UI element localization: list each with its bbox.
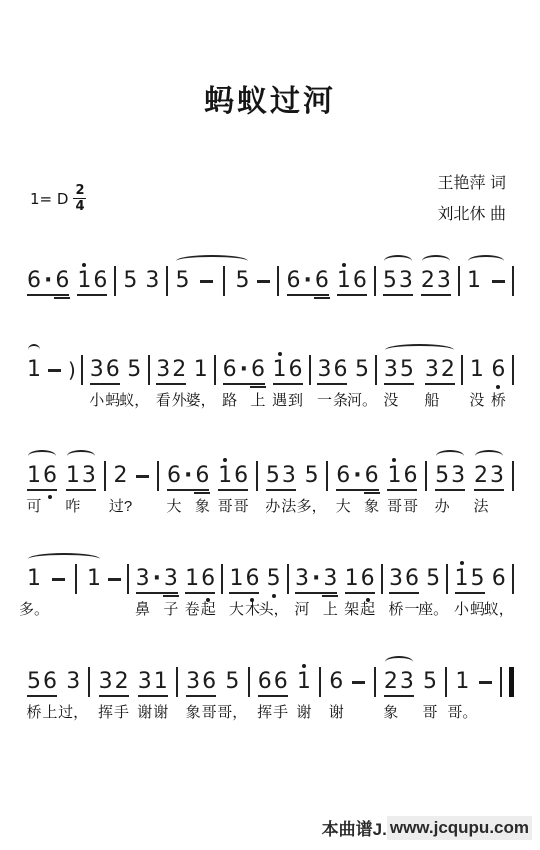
octave-dot-above	[392, 458, 396, 462]
eighth-beam	[185, 592, 215, 594]
lyric: 办	[435, 494, 450, 520]
beam-group: 1遇6到	[272, 357, 304, 383]
eighth-beam	[27, 489, 57, 491]
note-digit: 1哥	[386, 463, 402, 489]
note-digit: 6	[92, 268, 108, 294]
song-title: 蚂蚁过河	[0, 76, 540, 120]
augmentation-dot: ·	[310, 566, 322, 592]
lyric: 象	[364, 494, 379, 520]
octave-dot-above	[278, 352, 282, 356]
note-digit: 1大	[228, 566, 244, 592]
note-digit: 3	[399, 669, 415, 695]
slur-arc	[436, 450, 464, 462]
lyric: 大	[336, 494, 351, 520]
note-digit: 5多，	[304, 463, 320, 489]
augmentation-dot: ·	[42, 268, 54, 294]
note-digit: 5	[382, 268, 398, 294]
barline	[81, 355, 83, 385]
lyric: 架	[344, 597, 359, 623]
lyric: 哥。	[447, 700, 477, 726]
note-digit: 5河。	[354, 357, 370, 383]
key-label: 1= D	[30, 190, 68, 208]
beam-group: 3没5	[383, 357, 415, 383]
beam-group: 1大6木	[228, 566, 260, 592]
lyric: 哥	[202, 700, 217, 726]
barline	[374, 266, 376, 296]
barline	[512, 564, 514, 594]
note-digit: 1卷	[184, 566, 200, 592]
note-digit: 1	[336, 268, 352, 294]
slur-arc	[176, 255, 248, 267]
duration-dash	[135, 463, 150, 489]
lyric: 没	[383, 388, 398, 414]
lyric: 谢	[296, 700, 311, 726]
eighth-beam	[258, 695, 288, 697]
note-digit: 6上	[42, 669, 58, 695]
slur-arc	[28, 553, 100, 565]
note-digit: 5办	[265, 463, 281, 489]
eighth-beam	[156, 383, 186, 385]
barline	[176, 667, 178, 697]
score-line-1: 6·61653556·61653231	[26, 268, 514, 296]
beam-group: 23	[420, 268, 452, 294]
lyric: 小	[454, 597, 469, 623]
note-digit: 5	[399, 357, 415, 383]
barline	[512, 266, 514, 296]
beam-group: 3一6条	[316, 357, 348, 383]
note-digit: 1遇	[272, 357, 288, 383]
lyric: 多，	[297, 494, 327, 520]
lyric: 到	[288, 388, 303, 414]
tie-span: 3没53船2	[383, 357, 456, 383]
slur-arc	[385, 344, 454, 356]
note-digit: 1	[76, 268, 92, 294]
lyric: 哥，	[217, 700, 247, 726]
note-digit: 6挥	[257, 669, 273, 695]
note-digit: 2外	[171, 357, 187, 383]
lyric: 小	[89, 388, 104, 414]
lyric: 外	[172, 388, 187, 414]
lyric: 河。	[347, 388, 377, 414]
note-digit: 5蚂	[470, 566, 486, 592]
lyric: 咋	[65, 494, 80, 520]
note-digit: 5	[174, 268, 190, 294]
lyric: 没	[469, 388, 484, 414]
eighth-beam	[383, 294, 413, 296]
note-digit: 6蚂	[105, 357, 121, 383]
barline	[425, 461, 427, 491]
octave-dot-above	[82, 263, 86, 267]
lyric: 挥	[98, 700, 113, 726]
barline	[309, 355, 311, 385]
watermark-url: www.jcqupu.com	[387, 816, 532, 840]
lyric: 蚁，	[119, 388, 149, 414]
note-digit: 1可	[26, 463, 42, 489]
note-digit: 3船	[424, 357, 440, 383]
barline	[88, 667, 90, 697]
eighth-beam	[384, 695, 414, 697]
note-digit: 3鼻	[135, 566, 151, 592]
note-digit: 1	[86, 566, 102, 592]
note-digit: 2手	[114, 669, 130, 695]
beam-group: 3挥2手	[98, 669, 130, 695]
note-digit: 6蚁，	[491, 566, 507, 592]
barline	[446, 564, 448, 594]
beam-group: 2象3	[383, 669, 415, 695]
eighth-beam	[273, 383, 303, 385]
note-digit: 1架	[344, 566, 360, 592]
beam-group: 6挥6手	[257, 669, 289, 695]
lyric: 座。	[418, 597, 448, 623]
beam-group: 2法3	[473, 463, 505, 489]
note-digit: 6到	[288, 357, 304, 383]
barline	[221, 564, 223, 594]
beam-group: 16	[76, 268, 108, 294]
beam-group: 1架6起	[344, 566, 376, 592]
eighth-beam	[287, 294, 329, 296]
eighth-beam	[223, 383, 265, 385]
eighth-beam	[186, 695, 216, 697]
note-digit: 6	[42, 463, 58, 489]
slur-arc	[67, 450, 95, 462]
lyric: 大	[166, 494, 181, 520]
duration-dash	[199, 268, 214, 294]
note-digit: 2法	[473, 463, 489, 489]
sixteenth-beam	[54, 297, 70, 299]
lyric: 卷	[185, 597, 200, 623]
lyric: 河	[295, 597, 310, 623]
duration-dash	[478, 669, 493, 695]
eighth-beam	[27, 294, 69, 296]
duration-dash	[491, 268, 506, 294]
note-digit: 2	[420, 268, 436, 294]
note-digit: 6一	[404, 566, 420, 592]
note-digit: 1没	[469, 357, 485, 383]
note-digit: 3一	[316, 357, 332, 383]
note-digit: 3	[489, 463, 505, 489]
note-digit: 3小	[89, 357, 105, 383]
eighth-beam	[317, 383, 347, 385]
eighth-beam	[229, 592, 259, 594]
augmentation-dot: ·	[182, 463, 194, 489]
beam-group: 16	[336, 268, 368, 294]
note-digit: 5座。	[425, 566, 441, 592]
note-digit: 3	[398, 268, 414, 294]
beam-group: 5办3法	[265, 463, 297, 489]
note-digit: 3没	[383, 357, 399, 383]
beam-group: 3桥6一	[388, 566, 420, 592]
lyric: 大	[229, 597, 244, 623]
slur-arc	[28, 344, 40, 356]
eighth-beam	[435, 489, 465, 491]
octave-dot-above	[302, 664, 306, 668]
barline	[319, 667, 321, 697]
note-digit: 3看	[155, 357, 171, 383]
note-digit: 1哥	[217, 463, 233, 489]
note-digit: 5头，	[266, 566, 282, 592]
composer-credit: 刘北休 曲	[438, 199, 506, 230]
lyric: 头，	[259, 597, 289, 623]
note-digit: 5哥，	[224, 669, 240, 695]
lyric: 鼻	[135, 597, 150, 623]
lyric: 蚁，	[484, 597, 514, 623]
note-digit: 6	[26, 268, 42, 294]
note-digit: 1咋	[65, 463, 81, 489]
tie-span: 1	[466, 268, 506, 294]
score-line-4: 1多。13鼻·3子1卷6起1大6木5头，3河·3上1架6起3桥6一5座。1小5蚂…	[26, 566, 514, 594]
note-digit: 5办	[434, 463, 450, 489]
note-digit: 3	[450, 463, 466, 489]
lyric: 路	[222, 388, 237, 414]
barline	[248, 667, 250, 697]
lyric: 桥	[388, 597, 403, 623]
sixteenth-beam	[314, 297, 330, 299]
barline	[256, 461, 258, 491]
beam-group: 5桥6上	[26, 669, 58, 695]
note-digit: 5	[234, 268, 250, 294]
lyric: 遇	[272, 388, 287, 414]
barline	[277, 266, 279, 296]
sheet-music-page: 蚂蚁过河 1= D 2 4 王艳萍 词 刘北休 曲 6·61653556·616…	[0, 0, 540, 850]
octave-dot-above	[460, 561, 464, 565]
beam-group: 1咋3	[65, 463, 97, 489]
score-line-2: 1)3小6蚂5蚁，3看2外1婆，6路·6上1遇6到3一6条5河。3没53船21没…	[26, 357, 514, 385]
beam-group: 1卷6起	[184, 566, 216, 592]
close-paren: )	[68, 357, 76, 383]
lyric: 看	[156, 388, 171, 414]
note-digit: 2	[440, 357, 456, 383]
lyric: 手	[114, 700, 129, 726]
barline	[326, 461, 328, 491]
beam-group: 6大·6象	[335, 463, 379, 489]
note-digit: 1谢	[153, 669, 169, 695]
note-digit: 6哥	[233, 463, 249, 489]
lyric: 挥	[257, 700, 272, 726]
eighth-beam	[167, 489, 209, 491]
beam-group: 3小6蚂	[89, 357, 121, 383]
note-digit: 3谢	[137, 669, 153, 695]
barline	[157, 461, 159, 491]
barline	[445, 667, 447, 697]
beam-group: 3船2	[424, 357, 456, 383]
note-digit: 1谢	[296, 669, 312, 695]
lyric: 起	[201, 597, 216, 623]
barline	[223, 266, 225, 296]
beam-group: 6路·6上	[222, 357, 266, 383]
lyric: 哥	[234, 494, 249, 520]
note-digit: 6大	[166, 463, 182, 489]
eighth-beam	[99, 695, 129, 697]
beam-group: 3象6哥	[185, 669, 217, 695]
eighth-beam	[387, 489, 417, 491]
note-digit: 6哥	[201, 669, 217, 695]
beam-group: 6·6	[286, 268, 330, 294]
lyric: 谢	[329, 700, 344, 726]
note-digit: 3	[81, 463, 97, 489]
octave-dot-below	[48, 495, 52, 499]
beam-group: 1可6	[26, 463, 58, 489]
lyric: 上	[323, 597, 338, 623]
lyric: 桥	[26, 700, 41, 726]
lyric: 起	[360, 597, 375, 623]
note-digit: 6大	[335, 463, 351, 489]
eighth-beam	[295, 592, 337, 594]
barline	[148, 355, 150, 385]
barline	[75, 564, 77, 594]
note-digit: 5哥	[422, 669, 438, 695]
score-line-5: 5桥6上3过，3挥2手3谢1谢3象6哥5哥，6挥6手1谢6谢2象35哥1哥。	[26, 669, 514, 697]
lyric: 象	[195, 494, 210, 520]
note-digit: 3过，	[65, 669, 81, 695]
note-digit: 6象	[194, 463, 210, 489]
note-digit: 2象	[383, 669, 399, 695]
note-digit: 1多。	[26, 566, 42, 592]
duration-dash	[351, 669, 366, 695]
eighth-beam	[455, 592, 485, 594]
note-digit: 6上	[250, 357, 266, 383]
lyric: 婆，	[186, 388, 216, 414]
barline	[114, 266, 116, 296]
note-digit: 6	[352, 268, 368, 294]
eighth-beam	[345, 592, 375, 594]
barline	[166, 266, 168, 296]
watermark-prefix: 本曲谱J.	[322, 813, 387, 842]
slur-arc	[384, 255, 412, 267]
octave-dot-above	[223, 458, 227, 462]
tie-span: 55	[174, 268, 250, 296]
duration-dash	[47, 357, 62, 383]
lyric: 上	[42, 700, 57, 726]
beam-group: 1哥6哥	[217, 463, 249, 489]
lyric: 子	[163, 597, 178, 623]
note-digit: 3挥	[98, 669, 114, 695]
eighth-beam	[218, 489, 248, 491]
note-digit: 1	[26, 357, 42, 383]
duration-dash	[51, 566, 66, 592]
duration-dash	[107, 566, 122, 592]
augmentation-dot: ·	[302, 268, 314, 294]
note-digit: 3桥	[388, 566, 404, 592]
barline	[512, 355, 514, 385]
beam-group: 5办3	[434, 463, 466, 489]
watermark: 本曲谱J. www.jcqupu.com	[322, 813, 532, 842]
barline	[287, 564, 289, 594]
barline	[461, 355, 463, 385]
score-line-3: 1可61咋32过?6大·6象1哥6哥5办3法5多，6大·6象1哥6哥5办32法3	[26, 463, 514, 491]
eighth-beam	[389, 592, 419, 594]
time-signature: 2 4	[73, 184, 86, 213]
note-digit: 1小	[454, 566, 470, 592]
meter-numerator: 2	[73, 184, 86, 199]
eighth-beam	[77, 294, 107, 296]
note-digit: 3上	[322, 566, 338, 592]
note-digit: 6	[286, 268, 302, 294]
duration-dash	[256, 268, 271, 294]
note-digit: 1	[466, 268, 482, 294]
note-digit: 6手	[273, 669, 289, 695]
beam-group: 1哥6哥	[386, 463, 418, 489]
note-digit: 3	[436, 268, 452, 294]
lyric: 手	[273, 700, 288, 726]
lyric: 哥	[387, 494, 402, 520]
note-digit: 6路	[222, 357, 238, 383]
note-digit: 5桥	[26, 669, 42, 695]
barline	[381, 564, 383, 594]
note-digit: 6象	[364, 463, 380, 489]
note-digit: 6谢	[328, 669, 344, 695]
lyric: 多。	[19, 597, 49, 623]
eighth-beam	[425, 383, 455, 385]
note-digit: 3子	[163, 566, 179, 592]
slur-arc	[28, 450, 56, 462]
slur-arc	[475, 450, 503, 462]
note-digit: 6条	[332, 357, 348, 383]
eighth-beam	[421, 294, 451, 296]
note-digit: 6哥	[402, 463, 418, 489]
beam-group: 3河·3上	[294, 566, 338, 592]
lyric: 一	[317, 388, 332, 414]
eighth-beam	[266, 489, 296, 491]
note-digit: 5蚁，	[126, 357, 142, 383]
lyric: 条	[333, 388, 348, 414]
note-digit: 6桥	[490, 357, 506, 383]
augmentation-dot: ·	[351, 463, 363, 489]
eighth-beam	[27, 695, 57, 697]
eighth-beam	[136, 592, 178, 594]
lyric: 哥	[403, 494, 418, 520]
eighth-beam	[384, 383, 414, 385]
barline	[214, 355, 216, 385]
lyric: 过?	[109, 494, 132, 520]
beam-group: 6大·6象	[166, 463, 210, 489]
eighth-beam	[336, 489, 378, 491]
lyric: 法	[281, 494, 296, 520]
beam-group: 6·6	[26, 268, 70, 294]
barline	[375, 355, 377, 385]
lyric: 可	[26, 494, 41, 520]
octave-dot-above	[342, 263, 346, 267]
note-digit: 3法	[281, 463, 297, 489]
lyric: 哥	[422, 700, 437, 726]
meter-denominator: 4	[75, 199, 84, 213]
lyric: 谢	[153, 700, 168, 726]
eighth-beam	[474, 489, 504, 491]
augmentation-dot: ·	[151, 566, 163, 592]
note-digit: 6	[314, 268, 330, 294]
lyric: 桥	[491, 388, 506, 414]
lyricist-credit: 王艳萍 词	[438, 168, 506, 199]
barline	[104, 461, 106, 491]
barline	[458, 266, 460, 296]
note-digit: 6起	[360, 566, 376, 592]
beam-group: 53	[382, 268, 414, 294]
barline	[512, 461, 514, 491]
beam-group: 3谢1谢	[137, 669, 169, 695]
slur-arc	[422, 255, 450, 267]
slur-arc	[385, 656, 413, 668]
note-digit: 3	[144, 268, 160, 294]
augmentation-dot: ·	[238, 357, 250, 383]
beam-group: 3鼻·3子	[135, 566, 179, 592]
barline	[127, 564, 129, 594]
key-signature: 1= D 2 4	[30, 184, 86, 213]
note-digit: 3河	[294, 566, 310, 592]
beam-group: 3看2外	[155, 357, 187, 383]
note-digit: 2过?	[112, 463, 128, 489]
note-digit: 6	[54, 268, 70, 294]
barline	[374, 667, 376, 697]
lyric: 过，	[58, 700, 88, 726]
